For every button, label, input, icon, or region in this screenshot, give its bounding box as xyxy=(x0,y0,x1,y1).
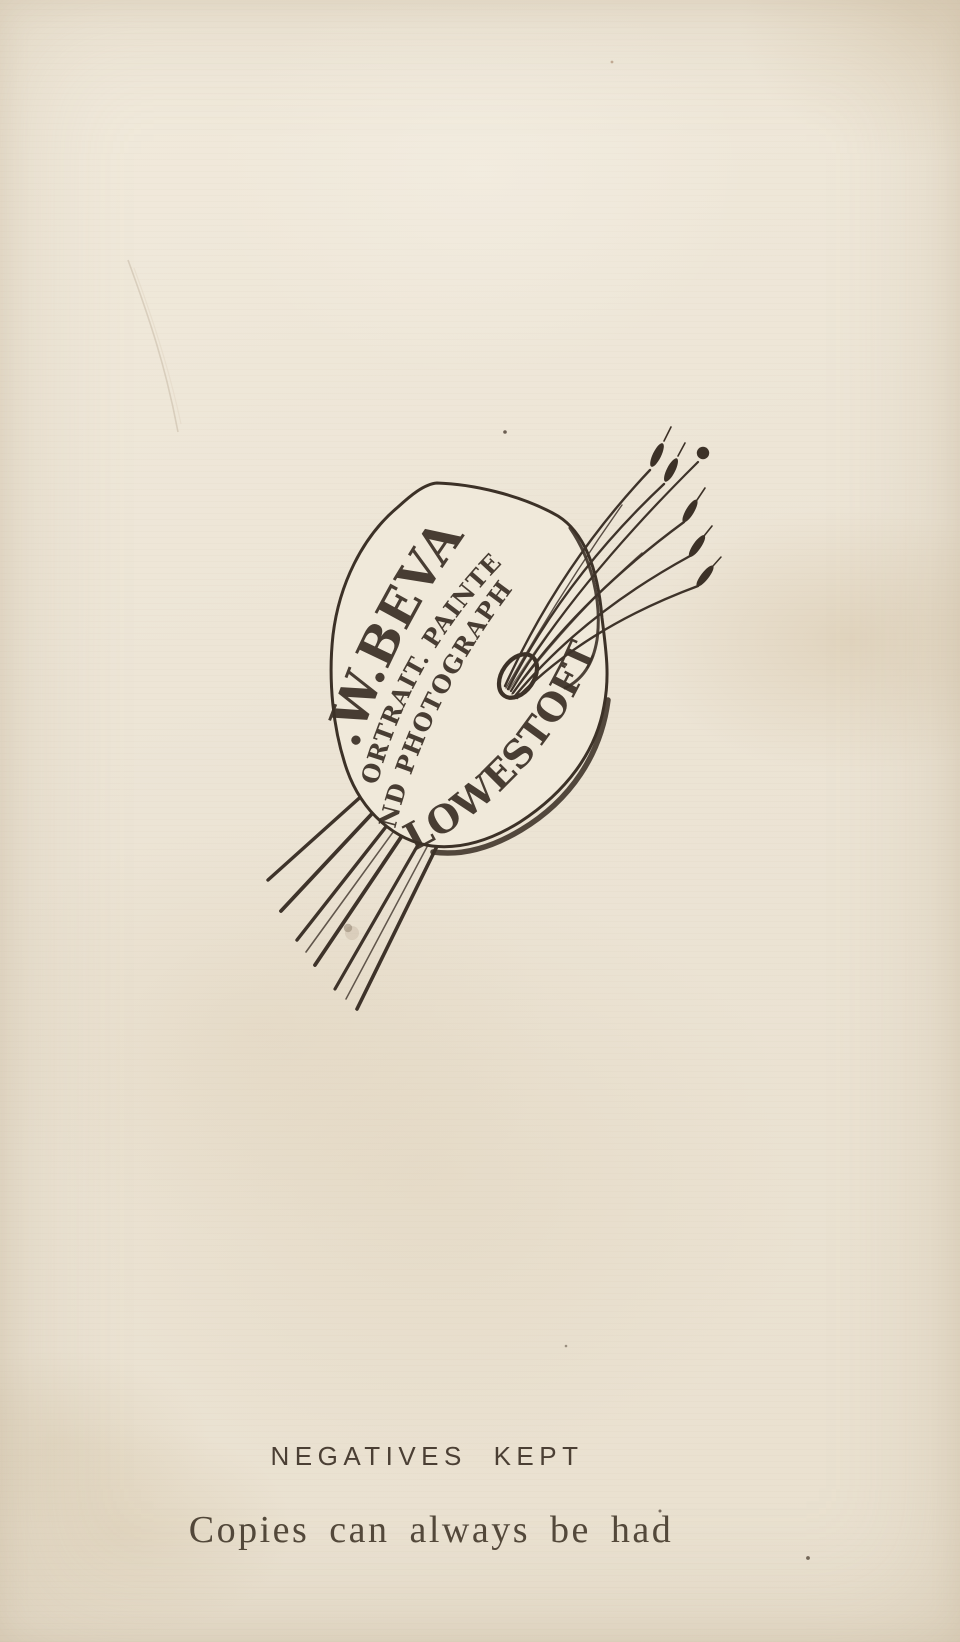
paper-crease xyxy=(128,260,181,432)
emblem-role-line2-text: AND PHOTOGRAPHER xyxy=(0,0,519,830)
card-paper: H.W.BEVAN PORTRAIT. PAINTER AND PHOTOGRA… xyxy=(0,0,960,1642)
photograph-card-back: { "colors": { "paper": "#ece4d5", "paper… xyxy=(0,0,960,1642)
mahl-stick-knob-icon xyxy=(697,447,709,459)
svg-text:AND PHOTOGRAPHER: AND PHOTOGRAPHER xyxy=(0,0,519,830)
copies-line: Copies can always be had xyxy=(0,1508,862,1552)
painter-palette-emblem: H.W.BEVAN PORTRAIT. PAINTER AND PHOTOGRA… xyxy=(0,0,721,1009)
emblem-name-text: H.W.BEVAN xyxy=(0,0,475,753)
svg-text:H.W.BEVAN: H.W.BEVAN xyxy=(0,0,475,753)
negatives-kept-line: NEGATIVES KEPT xyxy=(0,1441,854,1472)
brush-tips-icon xyxy=(648,427,721,589)
card-artwork: H.W.BEVAN PORTRAIT. PAINTER AND PHOTOGRA… xyxy=(0,0,960,1642)
